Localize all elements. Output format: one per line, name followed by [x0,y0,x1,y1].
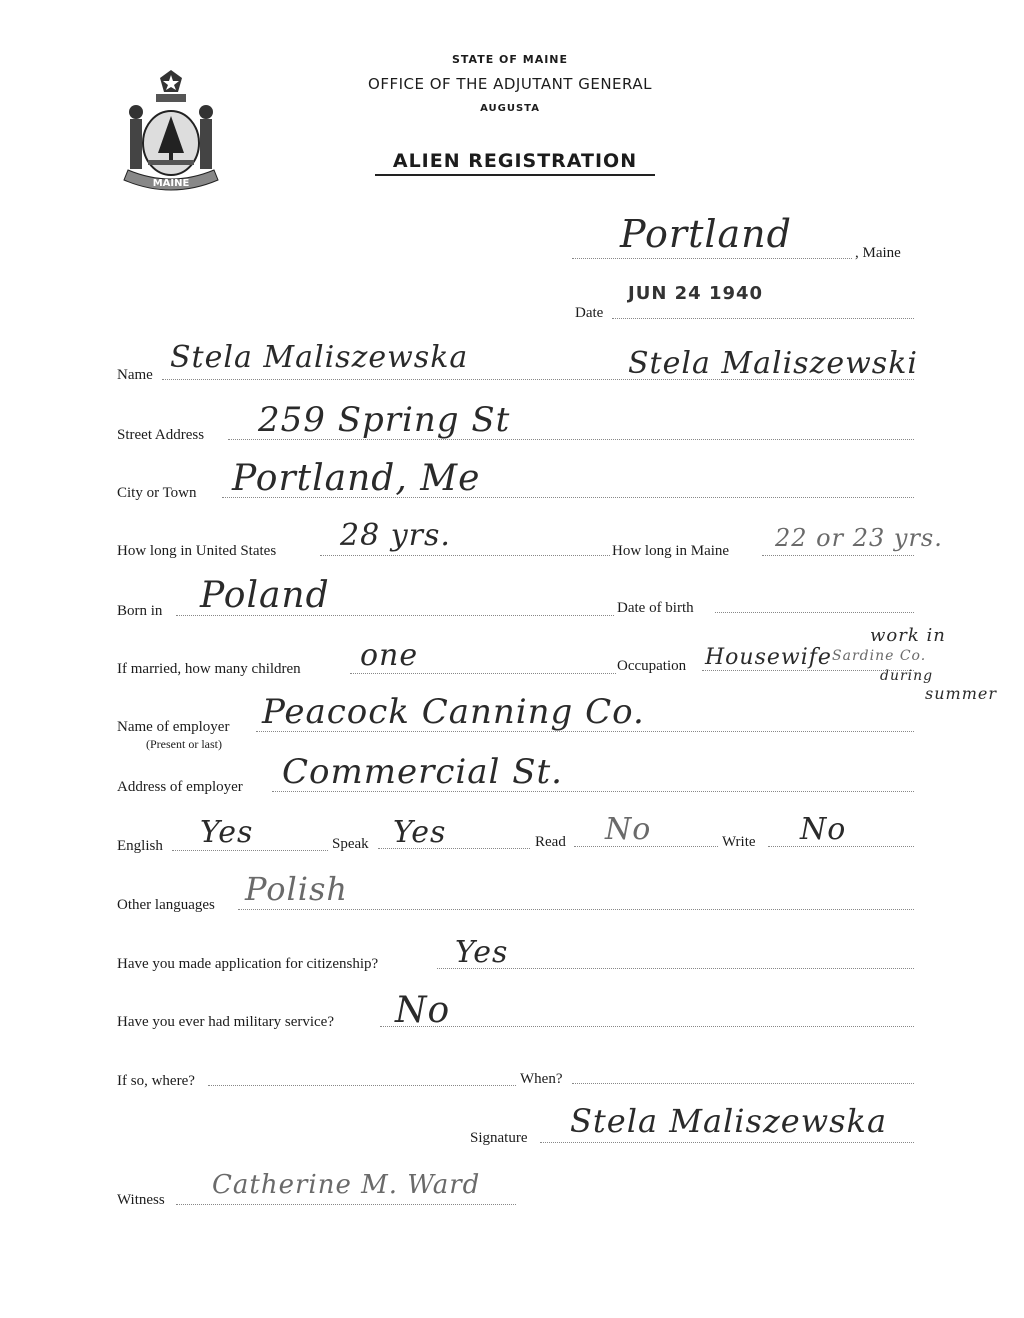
svg-text:MAINE: MAINE [153,178,190,189]
city-label: City or Town [117,485,197,502]
military-line [380,1026,914,1027]
street-label: Street Address [117,427,204,444]
citizenship-line [437,968,914,969]
location-state-label: , Maine [855,245,901,262]
other-languages-label: Other languages [117,897,215,914]
location-line [572,258,852,259]
citizenship-label: Have you made application for citizenshi… [117,956,378,973]
us-duration-label: How long in United States [117,543,276,560]
witness-value: Catherine M. Ward [212,1170,480,1200]
signature-label: Signature [470,1130,528,1147]
us-duration-line [320,555,610,556]
citizenship-value: Yes [455,935,508,970]
english-line [172,850,328,851]
maine-duration-value: 22 or 23 yrs. [775,524,943,552]
maine-duration-label: How long in Maine [612,543,729,560]
date-label: Date [575,305,603,322]
date-of-birth-line [715,612,914,613]
occupation-value: Housewife [705,645,832,670]
other-languages-line [238,909,914,910]
city-value: Portland, Me [232,458,480,499]
employer-label: Name of employer [117,719,229,736]
where-line [208,1085,516,1086]
date-of-birth-label: Date of birth [617,600,694,617]
military-value: No [395,990,450,1031]
employer-address-label: Address of employer [117,779,243,796]
employer-value: Peacock Canning Co. [262,692,645,732]
street-value: 259 Spring St [258,400,510,440]
header-office: OFFICE OF THE ADJUTANT GENERAL [300,75,720,93]
header-city: AUGUSTA [300,103,720,114]
employer-sublabel: (Present or last) [146,737,222,752]
speak-value: Yes [393,815,446,850]
write-label: Write [722,834,756,851]
maine-duration-line [762,555,914,556]
english-value: Yes [200,815,253,850]
read-value: No [605,812,651,847]
military-label: Have you ever had military service? [117,1014,334,1031]
where-label: If so, where? [117,1073,195,1090]
maine-state-seal-icon: MAINE [116,68,226,198]
name-value-alt: Stela Maliszewski [628,346,918,381]
born-in-label: Born in [117,603,162,620]
write-value: No [800,812,846,847]
name-value: Stela Maliszewska [170,340,468,375]
date-stamp: JUN 24 1940 [628,283,763,304]
header-state: STATE OF MAINE [300,53,720,66]
read-label: Read [535,834,566,851]
us-duration-value: 28 yrs. [340,518,451,553]
signature-line [540,1142,914,1143]
witness-line [176,1204,516,1205]
english-label: English [117,838,163,855]
when-label: When? [520,1071,562,1088]
occupation-note-1: work in [870,625,946,646]
children-value: one [360,638,418,673]
form-title: ALIEN REGISTRATION [375,150,655,176]
other-languages-value: Polish [245,870,348,908]
children-label: If married, how many children [117,661,301,678]
occupation-note-4: summer [925,684,997,703]
occupation-note-2: Sardine Co. [832,648,926,664]
witness-label: Witness [117,1192,165,1209]
when-line [572,1083,914,1084]
occupation-note-3: during [880,668,933,684]
speak-label: Speak [332,836,369,853]
born-in-value: Poland [200,575,330,616]
signature-value: Stela Maliszewska [570,1102,887,1140]
employer-address-value: Commercial St. [282,752,563,792]
location-city-value: Portland [620,212,792,256]
name-label: Name [117,367,153,384]
date-line [612,318,914,319]
occupation-label: Occupation [617,658,686,675]
children-line [350,673,616,674]
